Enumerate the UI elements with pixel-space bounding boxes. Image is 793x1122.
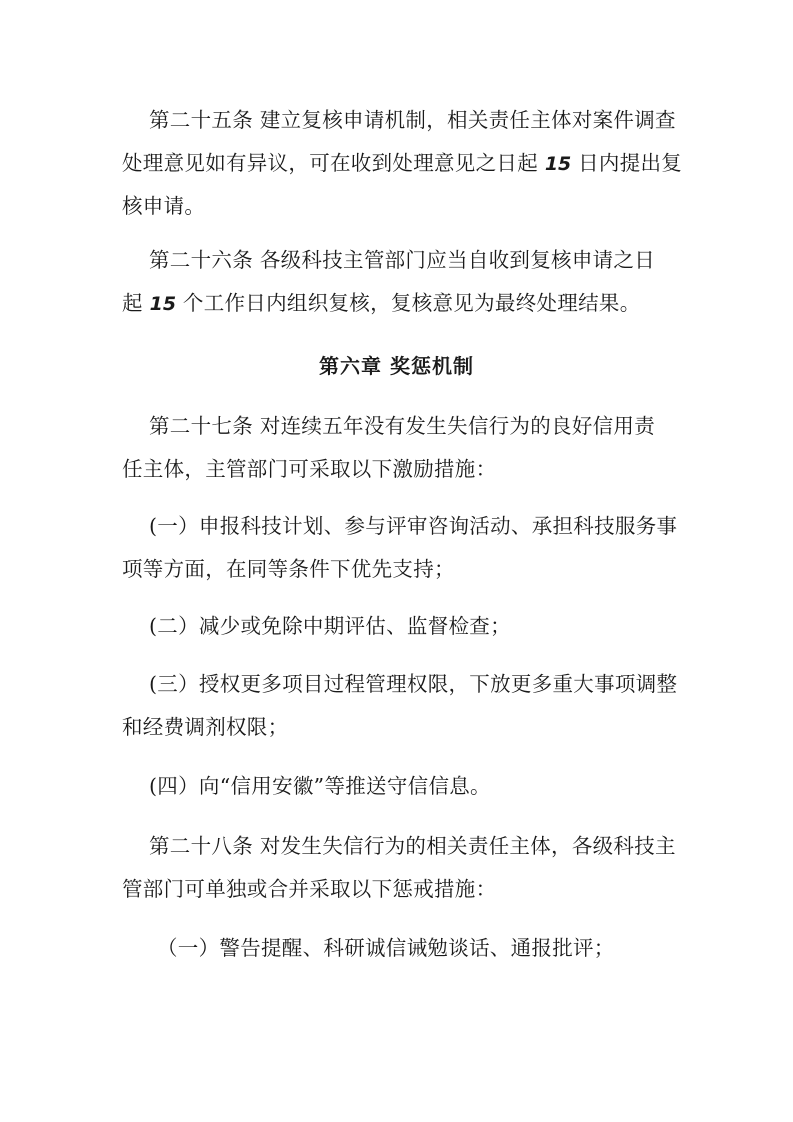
article-25-line-2: 处理意见如有异议，可在收到处理意见之日起 15 日内提出复 xyxy=(122,149,682,178)
article-28-line-2: 管部门可单独或合并采取以下惩戒措施： xyxy=(122,875,682,903)
article-27-item-2-line-1: (二）减少或免除中期评估、监督检查； xyxy=(149,612,709,640)
article-27-item-3-line-1: (三）授权更多项目过程管理权限，下放更多重大事项调整 xyxy=(149,670,709,698)
article-27-line-2: 任主体，主管部门可采取以下激励措施： xyxy=(122,455,682,483)
article-27-line-1: 第二十七条 对连续五年没有发生失信行为的良好信用责 xyxy=(149,412,709,440)
article-25-text-b: 日内提出复 xyxy=(571,151,682,175)
article-25-text-a: 处理意见如有异议，可在收到处理意见之日起 xyxy=(122,151,545,175)
article-27-item-4-line-1: (四）向“信用安徽”等推送守信信息。 xyxy=(149,772,709,800)
article-25-days: 15 xyxy=(545,153,571,175)
article-27-item-1-line-1: (一）申报科技计划、参与评审咨询活动、承担科技服务事 xyxy=(149,512,709,540)
document-page: 第二十五条 建立复核申请机制，相关责任主体对案件调查 处理意见如有异议，可在收到… xyxy=(0,0,793,1122)
article-28-line-1: 第二十八条 对发生失信行为的相关责任主体，各级科技主 xyxy=(149,832,709,860)
article-26-days: 15 xyxy=(150,293,176,315)
article-26-text-a: 起 xyxy=(122,291,150,315)
article-25-line-1: 第二十五条 建立复核申请机制，相关责任主体对案件调查 xyxy=(149,106,709,134)
article-27-item-3-line-2: 和经费调剂权限； xyxy=(122,713,682,741)
chapter-heading: 第六章 奖惩机制 xyxy=(0,352,793,380)
article-25-line-3: 核申请。 xyxy=(122,192,682,220)
article-26-line-2: 起 15 个工作日内组织复核，复核意见为最终处理结果。 xyxy=(122,289,682,318)
article-28-item-1-line-1: （一）警告提醒、科研诚信诫勉谈话、通报批评； xyxy=(157,934,717,962)
article-26-text-b: 个工作日内组织复核，复核意见为最终处理结果。 xyxy=(176,291,640,315)
article-27-item-1-line-2: 项等方面，在同等条件下优先支持； xyxy=(122,555,682,583)
article-26-line-1: 第二十六条 各级科技主管部门应当自收到复核申请之日 xyxy=(149,246,709,274)
